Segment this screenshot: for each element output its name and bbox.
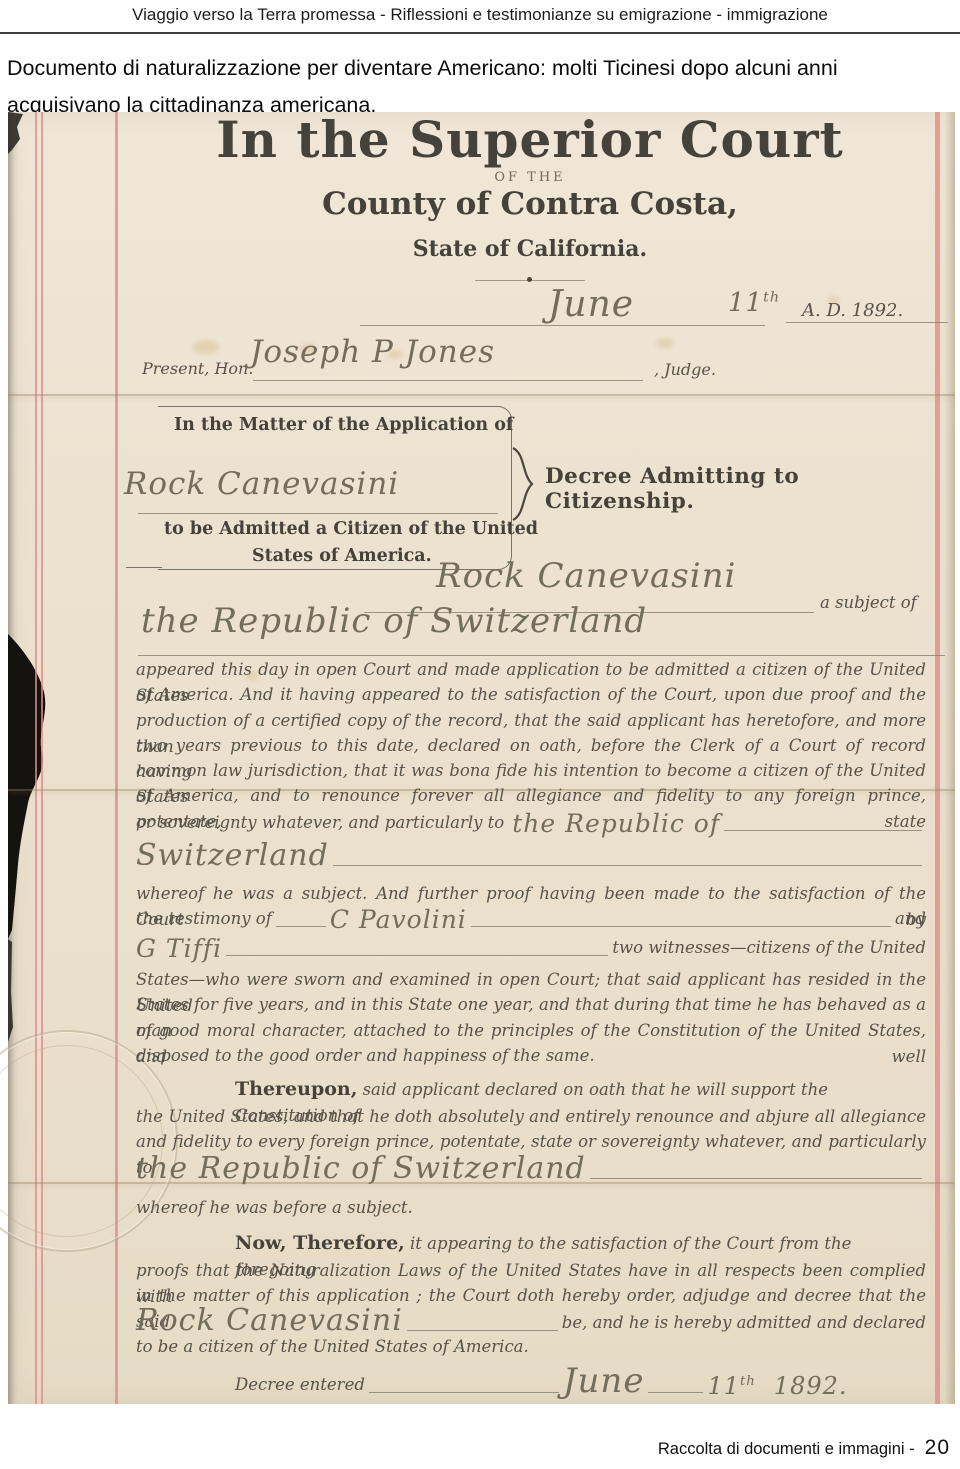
print-fragment: or sovereignty whatever, and particularl… (136, 810, 504, 836)
body-line: of America. And it having appeared to th… (136, 682, 926, 708)
decree-title: Decree Admitting to Citizenship. (545, 464, 955, 514)
body-line-mixed: Switzerland (136, 841, 926, 871)
date-underline (786, 322, 948, 323)
county-line: County of Contra Costa, (115, 186, 945, 222)
footer-page-number: 20 (925, 1436, 950, 1460)
a-subject-of: a subject of (820, 593, 917, 612)
hw-republic-of: the Republic of (512, 811, 720, 836)
matter-line3: States of America. (252, 546, 432, 566)
stain (656, 338, 674, 348)
hw-witness2: G Tiffi (136, 936, 222, 961)
present-label: Present, Hon. (142, 359, 253, 378)
of-the: OF THE (115, 170, 945, 185)
paper-right-edge (945, 112, 955, 1404)
court-title: In the Superior Court (115, 112, 945, 168)
judge-underline (253, 380, 643, 381)
hw-decree-month: June (563, 1364, 645, 1398)
fill-rule (590, 1178, 922, 1179)
print-fragment: be, and he is hereby admitted and declar… (562, 1310, 926, 1336)
body-line-mixed: the testimony of C Pavolini and (136, 906, 926, 932)
date-underline (360, 325, 765, 326)
state-line: State of California. (115, 236, 945, 262)
body-line-mixed: the Republic of Switzerland (136, 1154, 926, 1184)
print-fragment: the testimony of (136, 906, 272, 932)
fill-rule (226, 955, 608, 956)
hw-decree-day: 11th (707, 1374, 755, 1398)
print-fragment: two witnesses—citizens of the United (612, 935, 926, 961)
country-underline (138, 655, 945, 656)
stain (193, 340, 219, 354)
heading-divider-dot (527, 277, 532, 282)
date-year: A. D. 1892. (802, 300, 903, 321)
day-number: 11 (728, 288, 763, 318)
hw-matter-applicant: Rock Canevasini (124, 466, 399, 502)
page-footer: Raccolta di documenti e immagini - 20 (658, 1436, 950, 1460)
hw-judge-name: Joseph P Jones (250, 334, 495, 370)
fill-rule (333, 865, 922, 866)
fill-rule (471, 926, 891, 927)
book-header: Viaggio verso la Terra promessa - Rifles… (0, 5, 960, 25)
hw-applicant-name: Rock Canevasini (436, 556, 736, 596)
fill-rule (407, 1330, 558, 1331)
decree-entered-line: Decree entered June 11th 1892. (136, 1364, 926, 1398)
judge-label: , Judge. (654, 360, 716, 379)
body-line: the United States, and that he doth abso… (136, 1104, 926, 1130)
body-line: whereof he was before a subject. (136, 1195, 926, 1221)
thereupon-word: Thereupon, (235, 1078, 357, 1100)
body-line: to be a citizen of the United States of … (136, 1334, 926, 1360)
header-divider (0, 32, 960, 34)
brace-icon (511, 446, 535, 522)
day-number: 11 (707, 1372, 740, 1400)
matter-line1: In the Matter of the Application of (174, 415, 513, 435)
footer-label: Raccolta di documenti e immagini - (658, 1440, 915, 1459)
hw-switzerland: Switzerland (136, 841, 329, 871)
document-scan: In the Superior Court OF THE County of C… (8, 112, 955, 1404)
now-therefore-word: Now, Therefore, (235, 1232, 405, 1254)
body-line: disposed to the good order and happiness… (136, 1043, 926, 1069)
fill-rule (724, 830, 922, 831)
fill-rule (648, 1392, 703, 1393)
body-line-mixed: Rock Canevasini be, and he is hereby adm… (136, 1306, 926, 1336)
hw-witness1: C Pavolini (330, 907, 467, 932)
page: Viaggio verso la Terra promessa - Rifles… (0, 0, 960, 1469)
hw-date-day: 11th (728, 288, 780, 318)
matter-underline (138, 513, 498, 514)
hw-applicant2: Rock Canevasini (136, 1306, 403, 1336)
day-suffix: th (763, 289, 780, 305)
day-suffix: th (740, 1374, 756, 1389)
body-line-mixed: G Tiffi two witnesses—citizens of the Un… (136, 935, 926, 961)
print-fragment: and (895, 906, 926, 932)
hw-country: the Republic of Switzerland (141, 601, 647, 641)
body-line-mixed: or sovereignty whatever, and particularl… (136, 810, 926, 836)
fill-rule (369, 1392, 559, 1393)
fold-crease (8, 394, 955, 396)
matter-line2: to be Admitted a Citizen of the United (164, 519, 538, 539)
matter-box-bottom-tail (126, 567, 162, 568)
decree-entered-label: Decree entered (235, 1372, 365, 1398)
hw-country2: the Republic of Switzerland (136, 1154, 586, 1184)
margin-line (935, 112, 940, 1404)
hw-date-month: June (548, 284, 634, 325)
hw-decree-year: 1892. (774, 1374, 848, 1398)
fill-rule (276, 926, 326, 927)
